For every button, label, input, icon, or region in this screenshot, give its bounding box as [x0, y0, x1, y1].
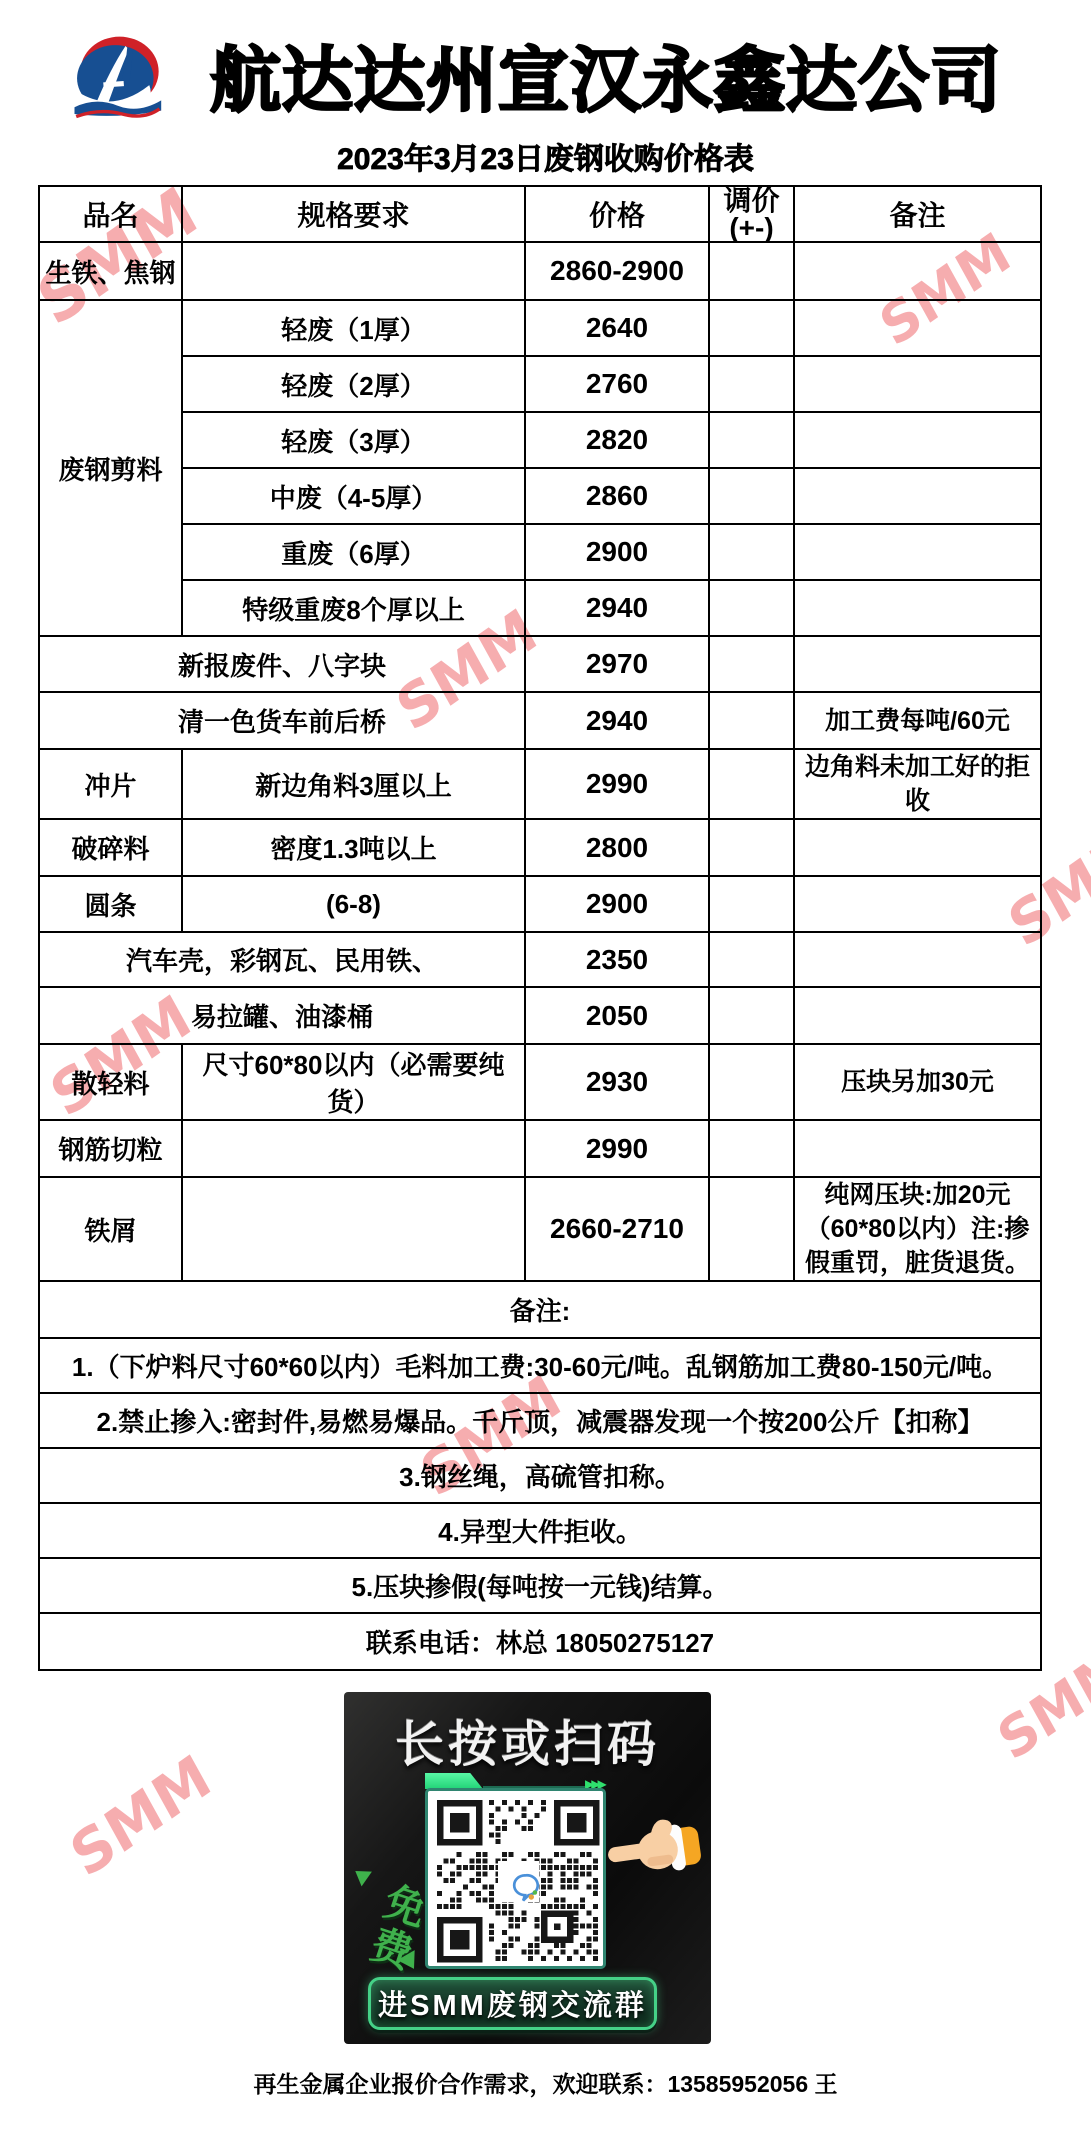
table-row-scrap-shear-2: 轻废（2厚） 2760	[39, 356, 1041, 412]
remark-cell	[794, 242, 1041, 300]
price-cell: 2990	[525, 1120, 709, 1177]
table-header-row: 品名 规格要求 价格 调价 (+-) 备注	[39, 186, 1041, 242]
table-row-rebar-pellet: 钢筋切粒 2990	[39, 1120, 1041, 1177]
product-name-cell: 破碎料	[39, 819, 182, 876]
remark-cell: 压块另加30元	[794, 1044, 1041, 1120]
table-row-new-scrap: 新报废件、八字块 2970	[39, 636, 1041, 692]
notes-title: 备注:	[39, 1281, 1041, 1338]
table-row-car-shell: 汽车壳，彩钢瓦、民用铁、 2350	[39, 932, 1041, 987]
contact-phone: 联系电话：林总 18050275127	[39, 1613, 1041, 1670]
adjust-cell	[709, 524, 794, 580]
remark-cell: 边角料未加工好的拒收	[794, 749, 1041, 819]
table-row-shredded: 破碎料 密度1.3吨以上 2800	[39, 819, 1041, 876]
product-name-cell: 散轻料	[39, 1044, 182, 1120]
col-header-product: 品名	[39, 186, 182, 242]
qr-center-logo	[498, 1861, 539, 1902]
join-group-label: 进SMM废钢交流群	[378, 1983, 647, 2024]
product-name-cell: 铁屑	[39, 1177, 182, 1281]
product-name-cell: 易拉罐、油漆桶	[39, 987, 525, 1044]
adjust-cell	[709, 580, 794, 636]
spec-cell	[182, 242, 525, 300]
remark-cell	[794, 524, 1041, 580]
spec-cell: 轻废（1厚）	[182, 300, 525, 356]
note-row-2: 2.禁止掺入:密封件,易燃易爆品。千斤顶，减震器发现一个按200公斤【扣称】	[39, 1393, 1041, 1448]
note-item: 5.压块掺假(每吨按一元钱)结算。	[39, 1558, 1041, 1613]
price-cell: 2350	[525, 932, 709, 987]
remark-cell: 加工费每吨/60元	[794, 692, 1041, 749]
remark-cell	[794, 876, 1041, 932]
product-name-cell: 新报废件、八字块	[39, 636, 525, 692]
remark-cell	[794, 819, 1041, 876]
col-header-adjust: 调价 (+-)	[709, 186, 794, 242]
price-cell: 2660-2710	[525, 1177, 709, 1281]
remark-cell	[794, 987, 1041, 1044]
company-logo	[66, 32, 168, 128]
product-group-cell: 废钢剪料	[39, 300, 182, 636]
note-row-4: 4.异型大件拒收。	[39, 1503, 1041, 1558]
product-name-cell: 汽车壳，彩钢瓦、民用铁、	[39, 932, 525, 987]
table-row-iron-filings: 铁屑 2660-2710 纯网压块:加20元（60*80以内）注:掺假重罚，脏货…	[39, 1177, 1041, 1281]
note-row-5: 5.压块掺假(每吨按一元钱)结算。	[39, 1558, 1041, 1613]
spec-cell: 特级重废8个厚以上	[182, 580, 525, 636]
price-cell: 2990	[525, 749, 709, 819]
product-name-cell: 冲片	[39, 749, 182, 819]
banner-title: 长按或扫码	[344, 1706, 711, 1776]
table-row-cans: 易拉罐、油漆桶 2050	[39, 987, 1041, 1044]
price-cell: 2640	[525, 300, 709, 356]
adjust-cell	[709, 932, 794, 987]
product-name-cell: 钢筋切粒	[39, 1120, 182, 1177]
note-row-3: 3.钢丝绳，高硫管扣称。	[39, 1448, 1041, 1503]
price-cell: 2760	[525, 356, 709, 412]
spec-cell: 中废（4-5厚）	[182, 468, 525, 524]
product-name-cell: 生铁、焦钢	[39, 242, 182, 300]
adjust-cell	[709, 692, 794, 749]
price-cell: 2970	[525, 636, 709, 692]
price-cell: 2900	[525, 524, 709, 580]
spec-cell	[182, 1177, 525, 1281]
note-item: 3.钢丝绳，高硫管扣称。	[39, 1448, 1041, 1503]
remark-cell	[794, 932, 1041, 987]
notes-title-row: 备注:	[39, 1281, 1041, 1338]
note-item: 1.（下炉料尺寸60*60以内）毛料加工费:30-60元/吨。乱钢筋加工费80-…	[39, 1338, 1041, 1393]
adjust-cell	[709, 876, 794, 932]
remark-cell	[794, 636, 1041, 692]
table-row-punching: 冲片 新边角料3厘以上 2990 边角料未加工好的拒收	[39, 749, 1041, 819]
remark-cell	[794, 1120, 1041, 1177]
price-cell: 2050	[525, 987, 709, 1044]
free-arrow-icon	[350, 1864, 372, 1887]
spec-cell: 密度1.3吨以上	[182, 819, 525, 876]
pointing-hand-icon	[596, 1798, 708, 1906]
price-cell: 2900	[525, 876, 709, 932]
remark-cell	[794, 300, 1041, 356]
table-row-scrap-shear-6: 特级重废8个厚以上 2940	[39, 580, 1041, 636]
adjust-label-line1: 调价	[714, 187, 789, 214]
col-header-remark: 备注	[794, 186, 1041, 242]
price-date-title: 2023年3月23日废钢收购价格表	[0, 134, 1091, 178]
price-cell: 2860	[525, 468, 709, 524]
table-row-scrap-shear-1: 废钢剪料 轻废（1厚） 2640	[39, 300, 1041, 356]
remark-cell	[794, 356, 1041, 412]
product-name-cell: 圆条	[39, 876, 182, 932]
table-row-scrap-shear-5: 重废（6厚） 2900	[39, 524, 1041, 580]
company-name: 航达达州宣汉永鑫达公司	[168, 24, 1044, 126]
adjust-cell	[709, 819, 794, 876]
smm-watermark: SMM	[60, 1741, 222, 1891]
table-row-pig-iron: 生铁、焦钢 2860-2900	[39, 242, 1041, 300]
price-cell: 2820	[525, 412, 709, 468]
price-table: 品名 规格要求 价格 调价 (+-) 备注 生铁、焦钢 2860-2900	[38, 185, 1042, 1671]
spec-cell	[182, 1120, 525, 1177]
adjust-cell	[709, 1044, 794, 1120]
adjust-cell	[709, 242, 794, 300]
qr-panel	[425, 1788, 606, 1969]
note-item: 2.禁止掺入:密封件,易燃易爆品。千斤顶，减震器发现一个按200公斤【扣称】	[39, 1393, 1041, 1448]
table-row-scrap-shear-3: 轻废（3厚） 2820	[39, 412, 1041, 468]
table-row-loose-light: 散轻料 尺寸60*80以内（必需要纯货） 2930 压块另加30元	[39, 1044, 1041, 1120]
adjust-cell	[709, 300, 794, 356]
price-cell: 2940	[525, 692, 709, 749]
adjust-cell	[709, 412, 794, 468]
adjust-cell	[709, 636, 794, 692]
note-row-1: 1.（下炉料尺寸60*60以内）毛料加工费:30-60元/吨。乱钢筋加工费80-…	[39, 1338, 1041, 1393]
spec-cell: 尺寸60*80以内（必需要纯货）	[182, 1044, 525, 1120]
footer-contact-text: 再生金属企业报价合作需求，欢迎联系：13585952056 王	[0, 2066, 1091, 2099]
chat-bubble-icon	[507, 1870, 543, 1906]
remark-cell	[794, 468, 1041, 524]
remark-cell: 纯网压块:加20元（60*80以内）注:掺假重罚，脏货退货。	[794, 1177, 1041, 1281]
qr-banner: 长按或扫码 ▶▶▶ 免费	[344, 1692, 711, 2044]
table-row-round-bar: 圆条 (6-8) 2900	[39, 876, 1041, 932]
adjust-cell	[709, 1177, 794, 1281]
table-row-scrap-shear-4: 中废（4-5厚） 2860	[39, 468, 1041, 524]
spec-cell: 轻废（3厚）	[182, 412, 525, 468]
company-logo-icon	[66, 32, 168, 128]
col-header-price: 价格	[525, 186, 709, 242]
adjust-cell	[709, 356, 794, 412]
price-cell: 2860-2900	[525, 242, 709, 300]
adjust-cell	[709, 987, 794, 1044]
spec-cell: (6-8)	[182, 876, 525, 932]
spec-cell: 重废（6厚）	[182, 524, 525, 580]
adjust-cell	[709, 1120, 794, 1177]
adjust-cell	[709, 749, 794, 819]
adjust-cell	[709, 468, 794, 524]
note-item: 4.异型大件拒收。	[39, 1503, 1041, 1558]
adjust-label-line2: (+-)	[714, 214, 789, 241]
join-group-button: 进SMM废钢交流群	[368, 1977, 657, 2030]
table-row-truck-axle: 清一色货车前后桥 2940 加工费每吨/60元	[39, 692, 1041, 749]
price-cell: 2940	[525, 580, 709, 636]
price-sheet-page: SMM SMM SMM SMM SMM SMM SMM SMM 航达达州宣汉永鑫…	[0, 0, 1091, 2139]
product-name-cell: 清一色货车前后桥	[39, 692, 525, 749]
remark-cell	[794, 412, 1041, 468]
remark-cell	[794, 580, 1041, 636]
price-cell: 2930	[525, 1044, 709, 1120]
price-cell: 2800	[525, 819, 709, 876]
spec-cell: 轻废（2厚）	[182, 356, 525, 412]
contact-row: 联系电话：林总 18050275127	[39, 1613, 1041, 1670]
spec-cell: 新边角料3厘以上	[182, 749, 525, 819]
col-header-spec: 规格要求	[182, 186, 525, 242]
